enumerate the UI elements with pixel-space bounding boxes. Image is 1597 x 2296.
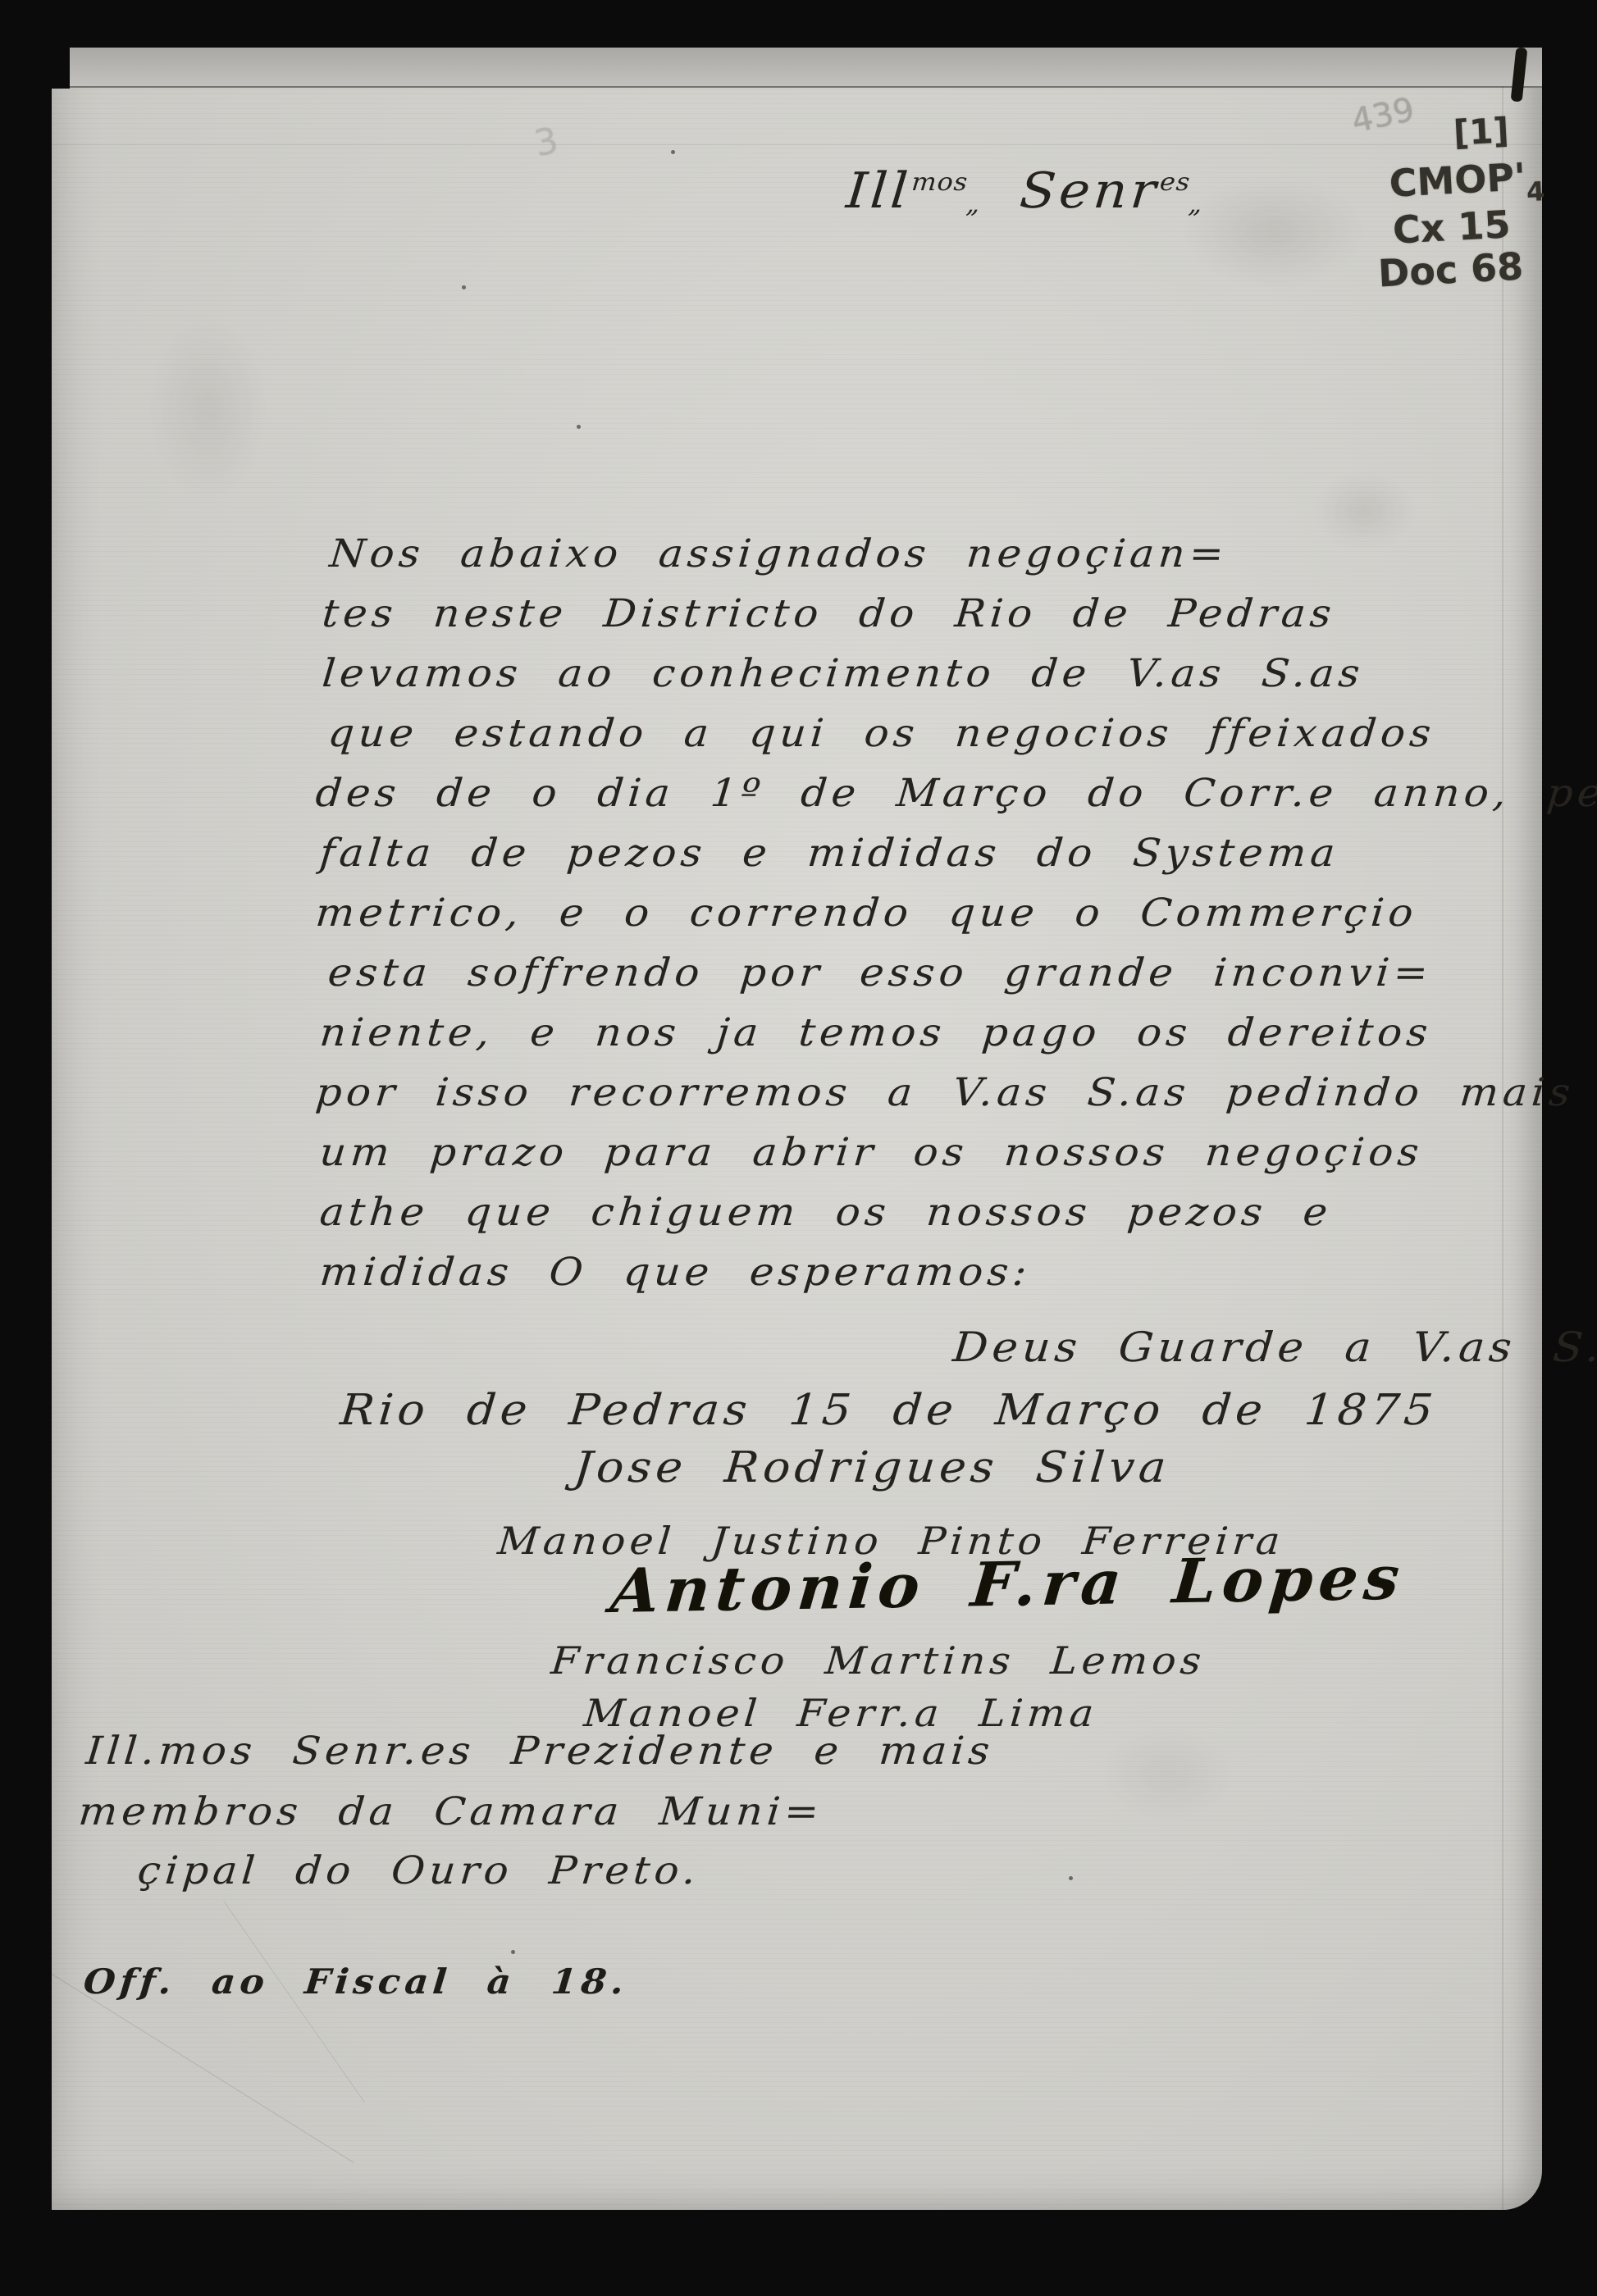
paper-top-fold [52,48,1542,88]
body-line: mididas O que esperamos: [318,1250,1033,1295]
body-line: des de o dia 1º de Março do Corr.e anno,… [314,771,1597,816]
body-line: levamos ao conhecimento de V.as S.as [321,651,1367,696]
body-line: metrico, e o correndo que o Commerçio [314,891,1420,936]
archive-bracket-mark: [1] [1453,110,1510,153]
salutation-superscript: mos [910,168,970,197]
paper-speck [671,150,675,154]
paper-stain [1102,1729,1233,1819]
salutation: Illmos„ Senres„ [844,162,1206,220]
body-line: um prazo para abrir os nossos negoçios [318,1130,1426,1175]
address-line: çipal do Ouro Preto. [136,1848,702,1893]
signature: Antonio F.ra Lopes [608,1542,1408,1627]
dateline: Rio de Pedras 15 de Março de 1875 [338,1386,1439,1435]
archive-collection-label: CMOP' [1388,154,1526,206]
salutation-abbr: Senr [1018,162,1162,220]
body-line: tes neste Districto do Rio de Pedras [321,591,1338,636]
paper-speck [462,285,466,289]
paper-crease [223,1901,365,2102]
abbreviation-mark: „ [1187,190,1203,219]
body-line: niente, e nos ja temos pago os dereitos [318,1010,1434,1055]
body-line: esta soffrendo por esso grande inconvi= [326,950,1435,995]
paper-crease [52,144,1542,145]
paper-edge-notch [52,48,70,89]
signature: Francisco Martins Lemos [550,1638,1207,1683]
scan-background: 439 3 [1] CMOP'4 Cx 15 Doc 68 Illmos„ Se… [0,0,1597,2296]
clerk-note: Off. ao Fiscal à 18. [82,1961,630,2002]
address-line: Ill.mos Senr.es Prezidente e mais [84,1729,996,1774]
archive-collection-number: 4 [1526,175,1545,207]
body-line: Nos abaixo assignados negoçian= [328,531,1230,576]
paper-stain [150,318,265,499]
signature: Jose Rodrigues Silva [572,1443,1172,1492]
salutation-abbr: Ill [844,162,914,220]
valediction: Deus Guarde a V.as S.as [951,1323,1597,1371]
address-line: membros da Camara Muni= [77,1789,825,1834]
paper-stain [1184,179,1364,285]
paper-speck [511,1950,515,1954]
paper-speck [577,425,581,429]
paper-stain [1315,474,1413,548]
paper-edge-seam [1502,86,1503,2210]
paper-speck [1069,1876,1073,1880]
salutation-superscript: es [1159,168,1192,197]
body-line: athe que chiguem os nossos pezos e [318,1190,1334,1235]
body-line: que estando a qui os negocios ffeixados [326,711,1437,756]
body-line: falta de pezos e mididas do Systema [318,831,1341,876]
abbreviation-mark: „ [965,190,981,219]
body-line: por isso recorremos a V.as S.as pedindo … [314,1070,1576,1115]
archive-doc-mark: Doc 68 [1377,244,1525,295]
